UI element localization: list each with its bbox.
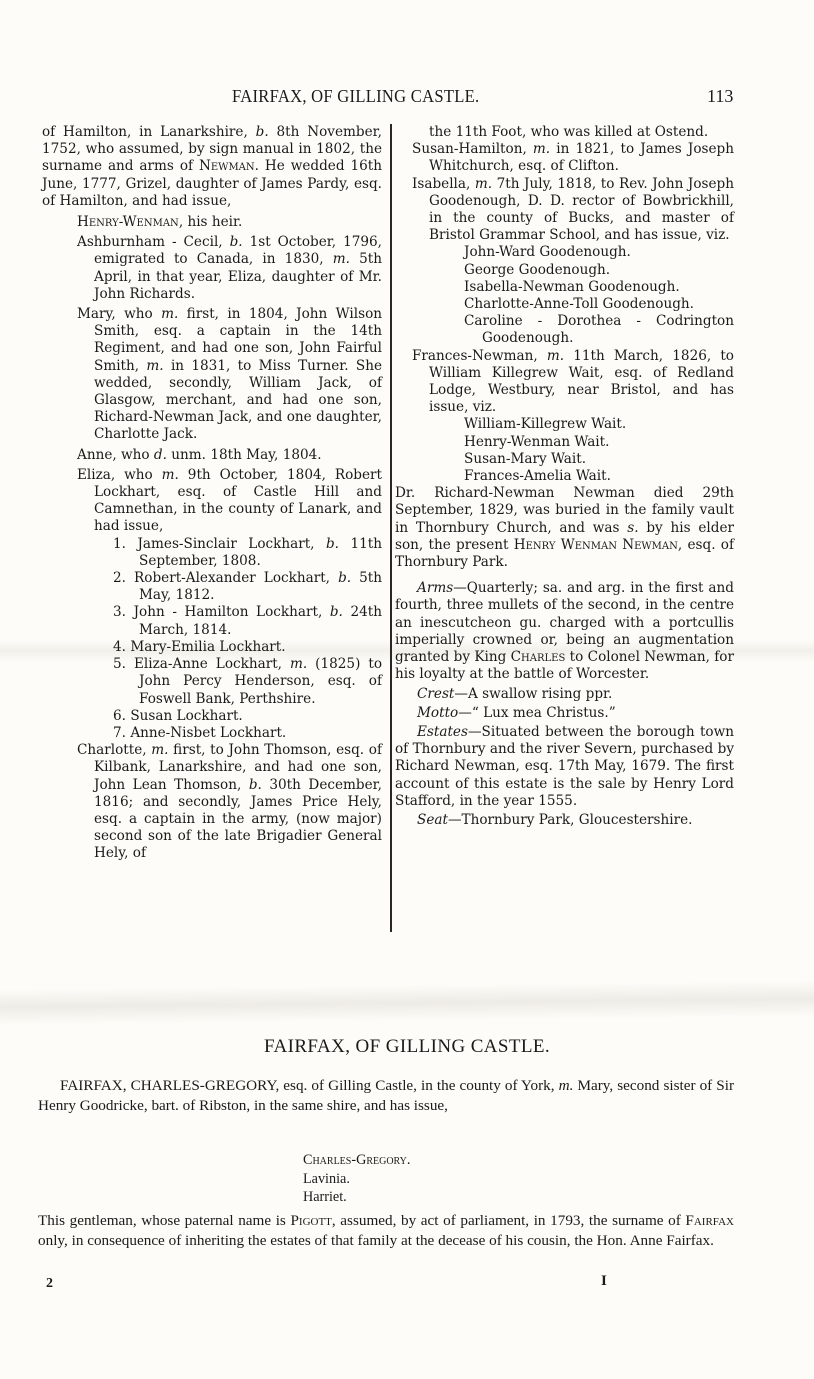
seat-line: Seat—Thornbury Park, Gloucestershire. xyxy=(395,812,734,829)
grandchild-entry: Henry-Wenman Wait. xyxy=(412,434,734,451)
grandchild-entry: Caroline - Dorothea - Codrington Goodeno… xyxy=(412,313,734,347)
grandchild-entry: Susan-Mary Wait. xyxy=(412,451,734,468)
grandchild-entry: 6. Susan Lockhart. xyxy=(42,708,382,725)
subject-name: FAIRFAX, CHARLES-GREGORY, xyxy=(60,1077,279,1094)
arms-paragraph: Arms—Quarterly; sa. and arg. in the firs… xyxy=(395,580,734,683)
spacer xyxy=(412,571,734,580)
child-entry: Isabella, m. 7th July, 1818, to Rev. Joh… xyxy=(412,176,734,245)
right-column: the 11th Foot, who was killed at Ostend.… xyxy=(412,124,734,829)
child-entry: Susan-Hamilton, m. in 1821, to James Jos… xyxy=(412,141,734,175)
running-title: FAIRFAX, OF GILLING CASTLE. xyxy=(232,86,479,107)
grandchild-entry: 4. Mary-Emilia Lockhart. xyxy=(42,639,382,656)
child-entry: Mary, who m. first, in 1804, John Wilson… xyxy=(42,306,382,444)
grandchild-entry: George Goodenough. xyxy=(412,262,734,279)
issue-item: Lavinia. xyxy=(303,1170,410,1189)
grandchild-entry: John-Ward Goodenough. xyxy=(412,244,734,261)
child-entry-charlotte: Charlotte, m. first, to John Thomson, es… xyxy=(42,742,382,862)
signature-mark-left: 2 xyxy=(46,1276,53,1292)
heir-line: Henry-Wenman, his heir. xyxy=(42,214,382,231)
child-entry: Frances-Newman, m. 11th March, 1826, to … xyxy=(412,348,734,417)
grandchild-entry: Isabella-Newman Goodenough. xyxy=(412,279,734,296)
continuation-text: the 11th Foot, who was killed at Ostend. xyxy=(412,124,734,141)
issue-item: Charles-Gregory. xyxy=(303,1151,410,1170)
grandchild-entry: Frances-Amelia Wait. xyxy=(412,468,734,485)
book-page: FAIRFAX, OF GILLING CASTLE. 113 of Hamil… xyxy=(0,0,814,1379)
child-entry: Anne, who d. unm. 18th May, 1804. xyxy=(42,447,382,464)
estates-paragraph: Estates—Situated between the borough tow… xyxy=(395,724,734,810)
section-lead-paragraph: FAIRFAX, CHARLES-GREGORY, esq. of Gillin… xyxy=(38,1076,734,1115)
grandchild-entry: 3. John - Hamilton Lockhart, b. 24th Mar… xyxy=(42,604,382,638)
grandchild-entry: 1. James-Sinclair Lockhart, b. 11th Sept… xyxy=(42,536,382,570)
grandchild-entry: 2. Robert-Alexander Lockhart, b. 5th May… xyxy=(42,570,382,604)
left-column: of Hamilton, in Lanarkshire, b. 8th Nove… xyxy=(42,124,382,863)
grandchild-entry: 7. Anne-Nisbet Lockhart. xyxy=(42,725,382,742)
motto-line: Motto—“ Lux mea Christus.” xyxy=(395,705,734,722)
crest-line: Crest—A swallow rising ppr. xyxy=(395,686,734,703)
signature-mark-right: I xyxy=(601,1273,607,1290)
section-note-paragraph: This gentleman, whose paternal name is P… xyxy=(38,1211,734,1250)
section-title: FAIRFAX, OF GILLING CASTLE. xyxy=(0,1036,814,1058)
running-header: FAIRFAX, OF GILLING CASTLE. 113 xyxy=(0,86,814,108)
column-divider xyxy=(390,124,392,932)
child-entry: Ashburnham - Cecil, b. 1st October, 1796… xyxy=(42,234,382,303)
child-entry: Eliza, who m. 9th October, 1804, Robert … xyxy=(42,467,382,536)
issue-list: Charles-Gregory. Lavinia. Harriet. xyxy=(303,1151,410,1207)
grandchild-entry: William-Killegrew Wait. xyxy=(412,416,734,433)
grandchild-entry: Charlotte-Anne-Toll Goodenough. xyxy=(412,296,734,313)
issue-item: Harriet. xyxy=(303,1188,410,1207)
page-number: 113 xyxy=(707,86,733,107)
intro-paragraph: of Hamilton, in Lanarkshire, b. 8th Nove… xyxy=(42,124,382,210)
paper-fold xyxy=(0,981,814,1026)
death-note: Dr. Richard-Newman Newman died 29th Sept… xyxy=(395,485,734,571)
grandchild-entry: 5. Eliza-Anne Lockhart, m. (1825) to Joh… xyxy=(42,656,382,708)
